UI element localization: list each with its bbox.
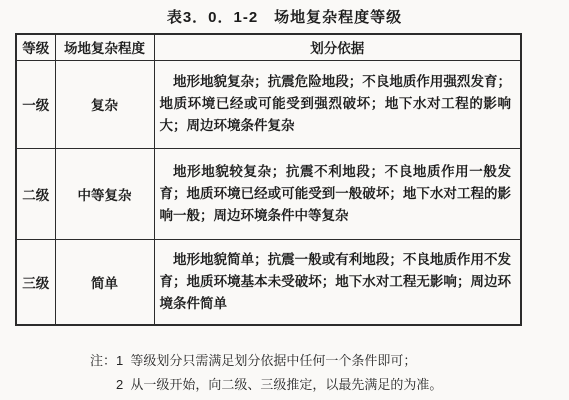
grade-cell: 一级 xyxy=(16,60,55,148)
note-text: 从一级开始，向二级、三级推定，以最先满足的为准。 xyxy=(130,377,442,392)
criteria-cell: 地形地貌复杂；抗震危险地段；不良地质作用强烈发育；地质环境已经或可能受到强烈破坏… xyxy=(154,60,521,148)
document-page: 表3．0．1-2 场地复杂程度等级 等级 场地复杂程度 划分依据 一级 复杂 地… xyxy=(0,0,569,400)
table-row: 二级 中等复杂 地形地貌较复杂；抗震不利地段；不良地质作用一般发育；地质环境已经… xyxy=(16,148,521,239)
table-header-row: 等级 场地复杂程度 划分依据 xyxy=(16,34,521,60)
site-complexity-table: 等级 场地复杂程度 划分依据 一级 复杂 地形地貌复杂；抗震危险地段；不良地质作… xyxy=(15,33,522,326)
header-cell-criteria: 划分依据 xyxy=(154,34,521,60)
note-number: 1 xyxy=(116,353,123,368)
table-title: 表3．0．1-2 场地复杂程度等级 xyxy=(0,6,569,27)
complexity-cell: 中等复杂 xyxy=(55,148,154,239)
grade-cell: 二级 xyxy=(16,148,55,239)
header-cell-complexity: 场地复杂程度 xyxy=(55,34,154,60)
complexity-cell: 复杂 xyxy=(55,60,154,148)
note-label: 注： xyxy=(90,353,116,368)
note-text: 等级划分只需满足划分依据中任何一个条件即可； xyxy=(130,353,416,368)
criteria-cell: 地形地貌简单；抗震一般或有利地段；不良地质作用不发育；地质环境基本未受破坏；地下… xyxy=(154,239,521,325)
header-cell-grade: 等级 xyxy=(16,34,55,60)
table-row: 三级 简单 地形地貌简单；抗震一般或有利地段；不良地质作用不发育；地质环境基本未… xyxy=(16,239,521,325)
table-row: 一级 复杂 地形地貌复杂；抗震危险地段；不良地质作用强烈发育；地质环境已经或可能… xyxy=(16,60,521,148)
grade-cell: 三级 xyxy=(16,239,55,325)
notes-section: 注：1等级划分只需满足划分依据中任何一个条件即可； 2从一级开始，向二级、三级推… xyxy=(90,349,530,397)
complexity-cell: 简单 xyxy=(55,239,154,325)
note-line-1: 注：1等级划分只需满足划分依据中任何一个条件即可； xyxy=(90,349,530,373)
note-number: 2 xyxy=(116,377,123,392)
note-line-2: 2从一级开始，向二级、三级推定，以最先满足的为准。 xyxy=(116,373,530,397)
criteria-cell: 地形地貌较复杂；抗震不利地段；不良地质作用一般发育；地质环境已经或可能受到一般破… xyxy=(154,148,521,239)
